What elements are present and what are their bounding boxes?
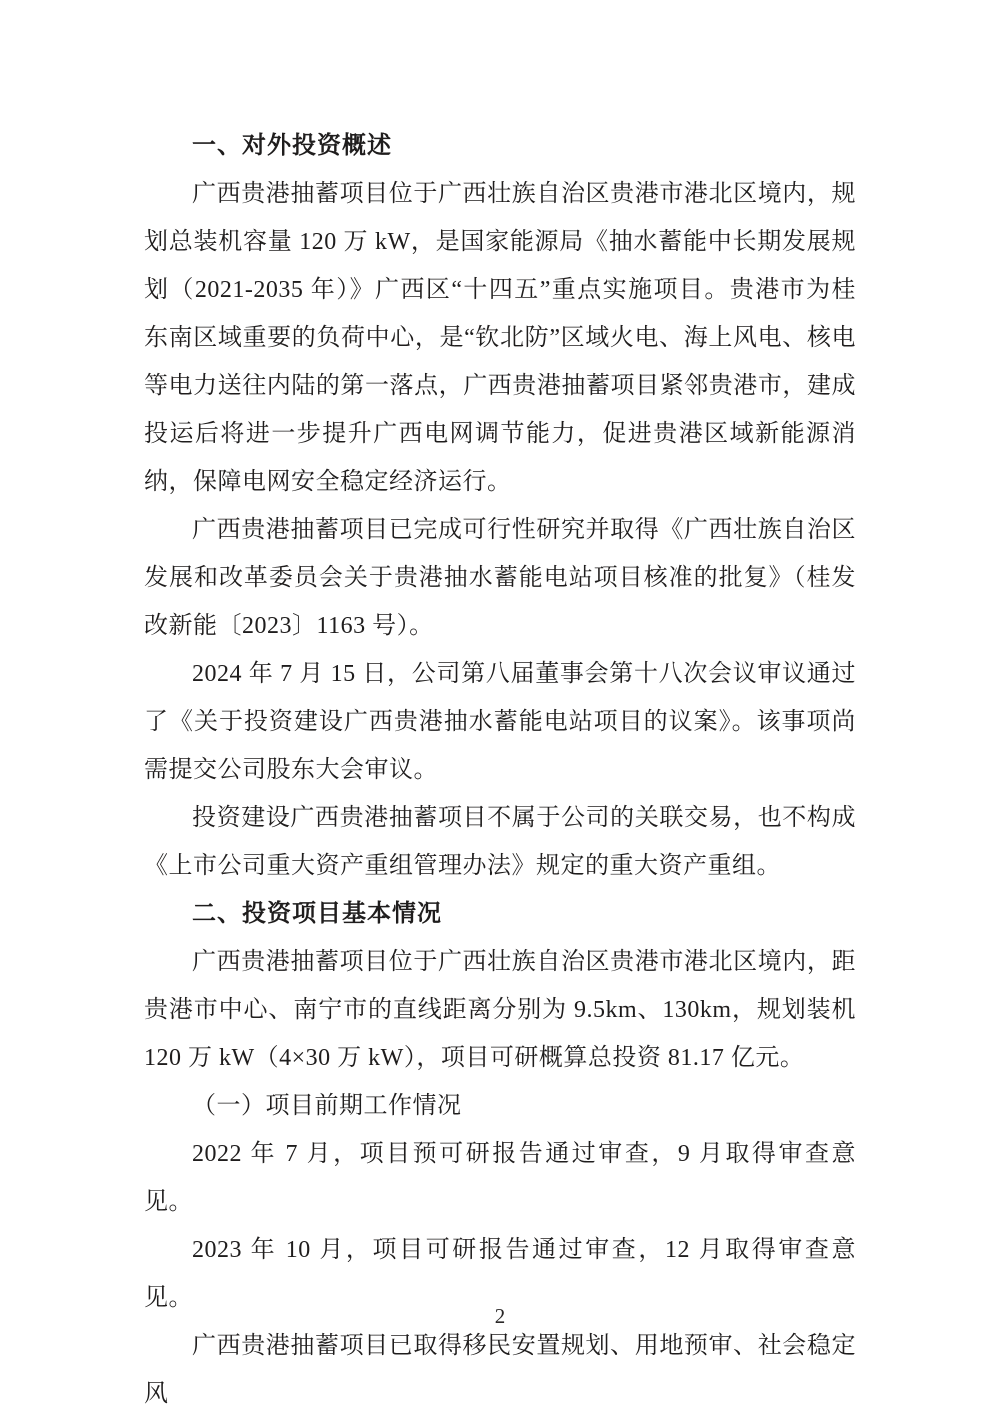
paragraph-overview-1: 广西贵港抽蓄项目位于广西壮族自治区贵港市港北区境内，规划总装机容量 120 万 … bbox=[144, 170, 856, 506]
paragraph-related-transaction: 投资建设广西贵港抽蓄项目不属于公司的关联交易，也不构成《上市公司重大资产重组管理… bbox=[144, 794, 856, 890]
paragraph-board-meeting: 2024 年 7 月 15 日，公司第八届董事会第十八次会议审议通过了《关于投资… bbox=[144, 650, 856, 794]
section-heading-1: 一、对外投资概述 bbox=[144, 122, 856, 170]
sub-heading-preliminary-work: （一）项目前期工作情况 bbox=[144, 1082, 856, 1130]
paragraph-2022-review: 2022 年 7 月，项目预可研报告通过审查，9 月取得审查意见。 bbox=[144, 1130, 856, 1226]
paragraph-overview-2: 广西贵港抽蓄项目已完成可行性研究并取得《广西壮族自治区发展和改革委员会关于贵港抽… bbox=[144, 506, 856, 650]
document-page: 一、对外投资概述 广西贵港抽蓄项目位于广西壮族自治区贵港市港北区境内，规划总装机… bbox=[0, 0, 1000, 1414]
document-body: 一、对外投资概述 广西贵港抽蓄项目位于广西壮族自治区贵港市港北区境内，规划总装机… bbox=[144, 122, 856, 1414]
paragraph-project-basics: 广西贵港抽蓄项目位于广西壮族自治区贵港市港北区境内，距贵港市中心、南宁市的直线距… bbox=[144, 938, 856, 1082]
page-footer: 2 bbox=[0, 1296, 1000, 1336]
section-heading-2: 二、投资项目基本情况 bbox=[144, 890, 856, 938]
page-number: 2 bbox=[495, 1304, 506, 1328]
